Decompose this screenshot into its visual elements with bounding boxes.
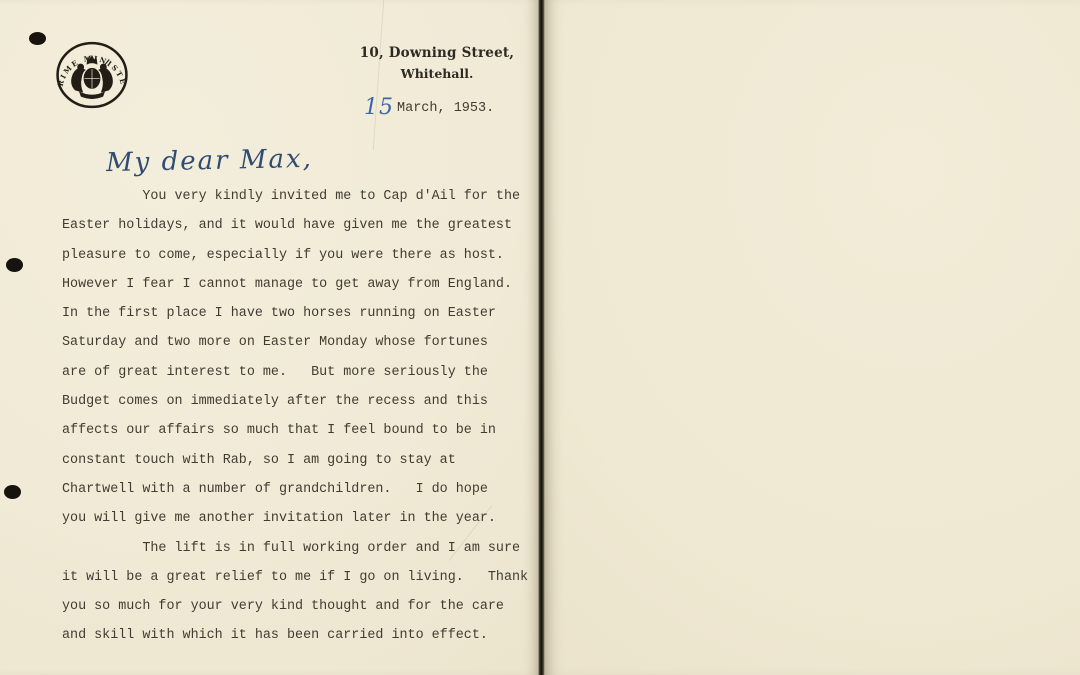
- page-fold-shadow: [538, 0, 545, 675]
- letter-scan: PRIME MINISTER 10, Downing Street, White…: [0, 0, 1080, 675]
- punch-hole: [4, 485, 21, 499]
- salutation: My dear Max,: [106, 144, 313, 178]
- prime-minister-crest: PRIME MINISTER: [50, 36, 134, 114]
- letterhead-whitehall: Whitehall.: [356, 66, 518, 81]
- date-day-handwritten: 15: [364, 95, 394, 120]
- punch-hole: [6, 258, 23, 272]
- letterhead-street: 10, Downing Street,: [356, 45, 518, 61]
- letter-page-2: - 2 - Do not fail to let me know when yo…: [545, 0, 1080, 675]
- punch-hole: [29, 32, 46, 45]
- date-month-year: March, 1953.: [397, 101, 494, 116]
- date-line: 15March, 1953.: [364, 95, 494, 120]
- letter-body-page-1: You very kindly invited me to Cap d'Ail …: [62, 182, 528, 651]
- letterhead: 10, Downing Street, Whitehall.: [356, 45, 518, 81]
- letter-page-1: PRIME MINISTER 10, Downing Street, White…: [0, 0, 538, 675]
